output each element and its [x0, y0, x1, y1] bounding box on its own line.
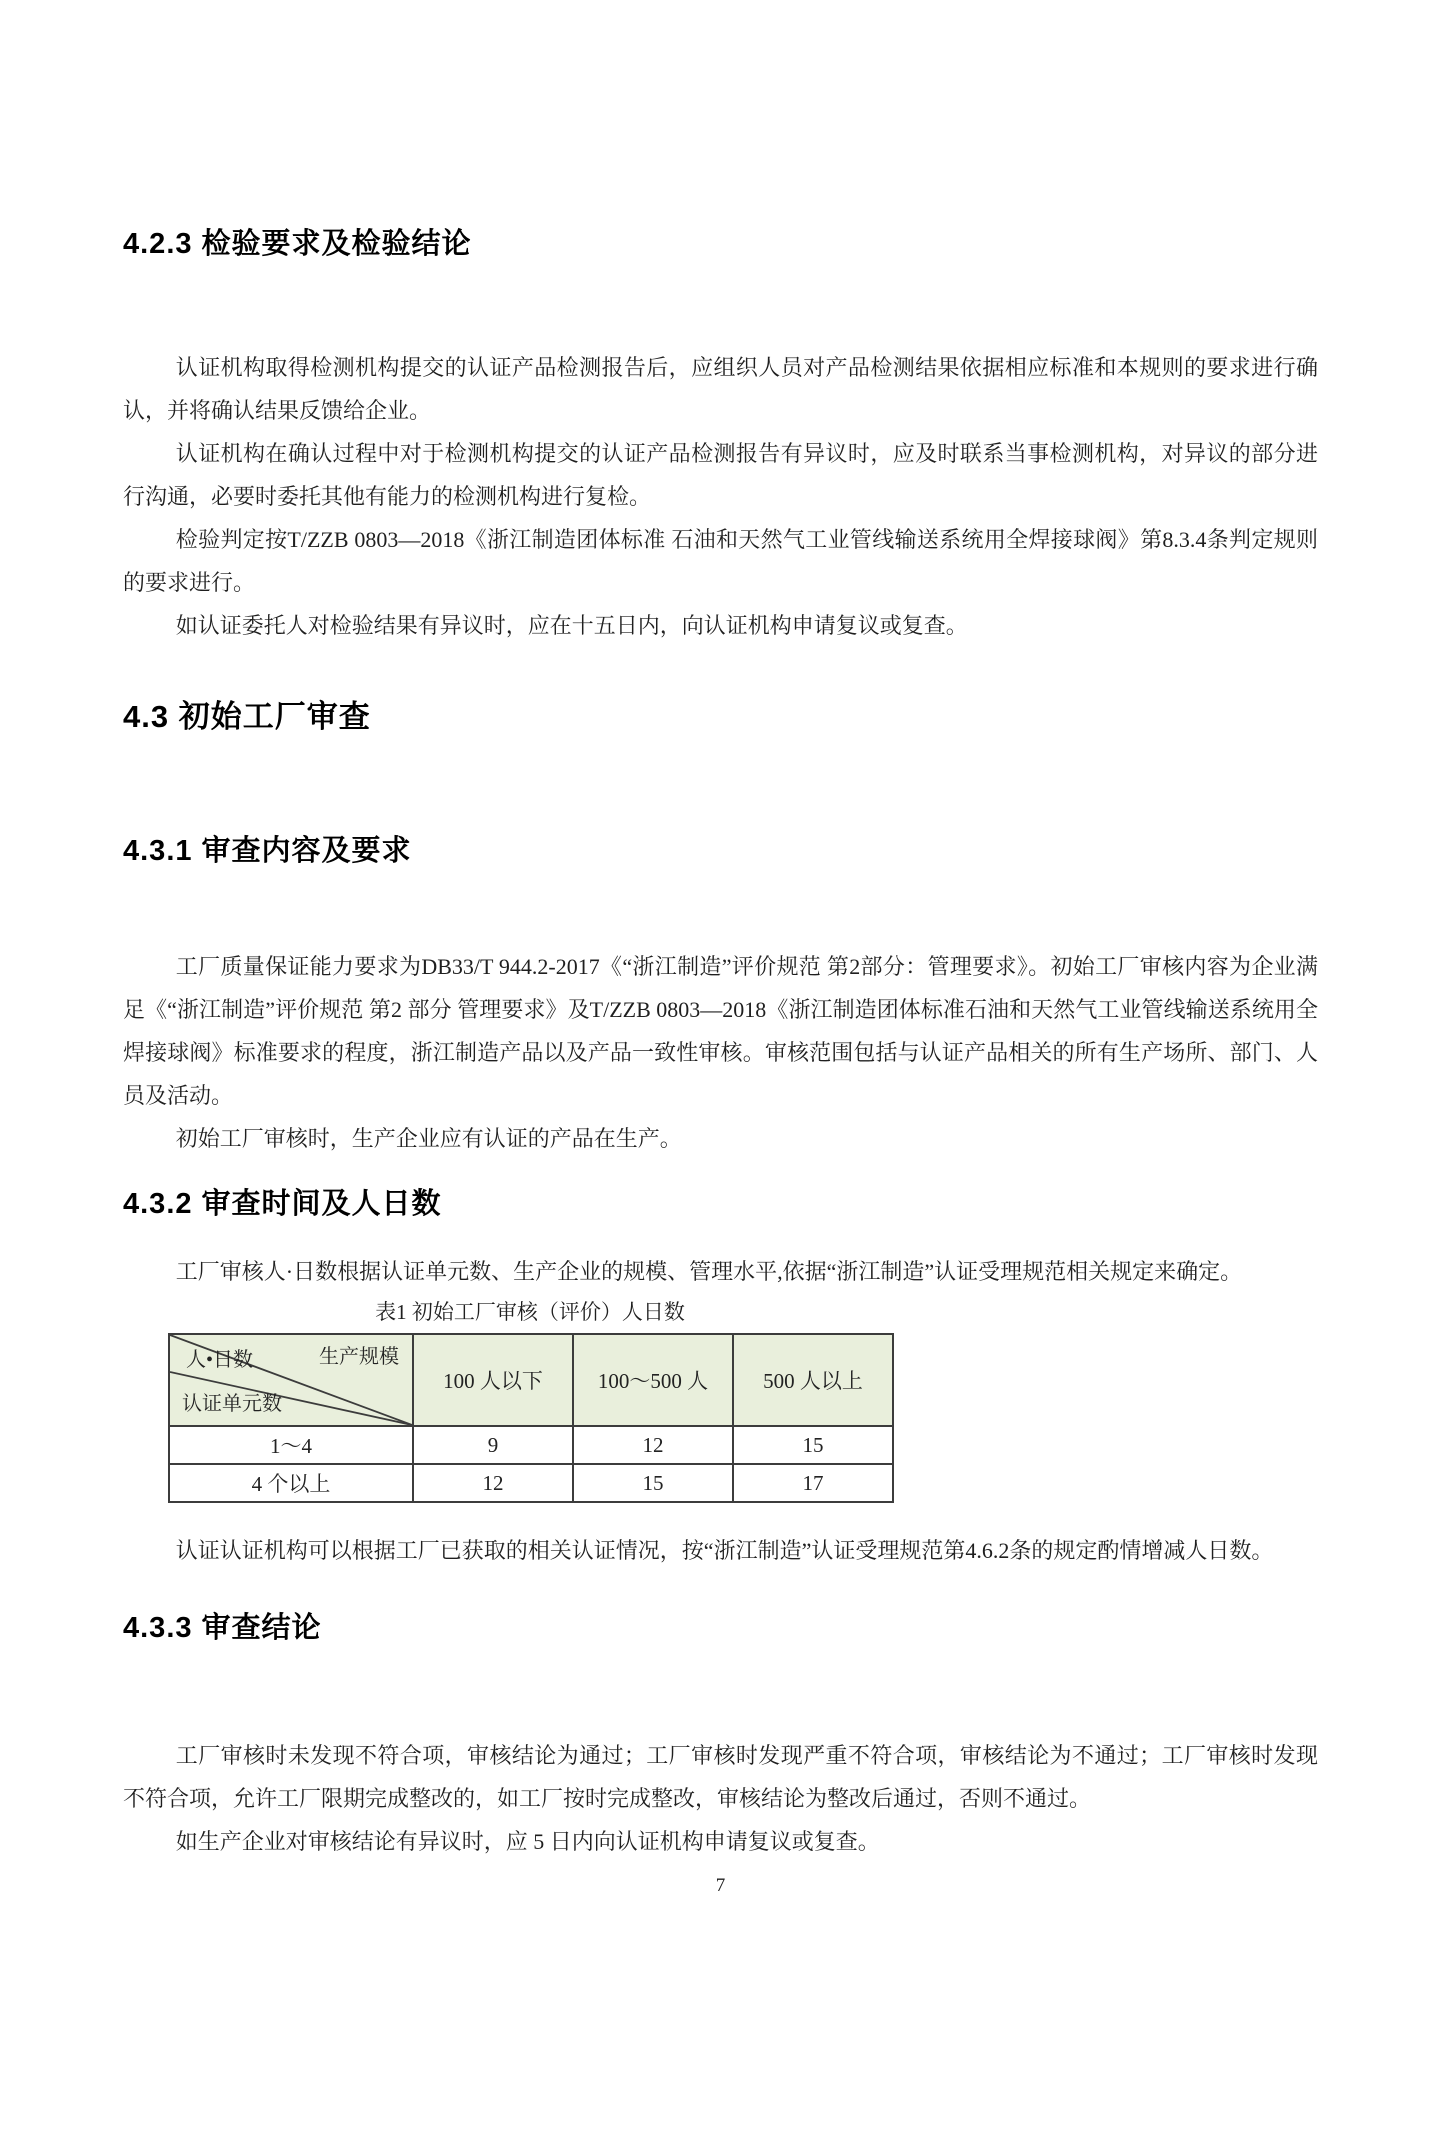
table-1-container: 表1 初始工厂审核（评价）人日数 人•日数: [168, 1297, 892, 1503]
cell-value: 15: [733, 1426, 893, 1464]
cell-value: 9: [413, 1426, 573, 1464]
table-1-col-header-under-100: 100 人以下: [413, 1334, 573, 1426]
paragraph-4-3-3-2: 如生产企业对审核结论有异议时，应 5 日内向认证机构申请复议或复查。: [123, 1820, 1318, 1863]
corner-label-person-days: 人•日数: [186, 1343, 253, 1372]
section-4-3-2: 4.3.2 审查时间及人日数 工厂审核人·日数根据认证单元数、生产企业的规模、管…: [123, 1188, 1318, 1572]
section-4-3-1: 4.3.1 审查内容及要求 工厂质量保证能力要求为DB33/T 944.2-20…: [123, 835, 1318, 1160]
row-label: 1～4: [169, 1426, 413, 1464]
table-1-corner-cell: 人•日数 生产规模 认证单元数: [169, 1334, 413, 1426]
paragraph-4-3-1-2: 初始工厂审核时，生产企业应有认证的产品在生产。: [123, 1117, 1318, 1160]
section-4-3-3: 4.3.3 审查结论 工厂审核时未发现不符合项，审核结论为通过；工厂审核时发现严…: [123, 1612, 1318, 1863]
paragraph-4-2-3-2: 认证机构在确认过程中对于检测机构提交的认证产品检测报告有异议时，应及时联系当事检…: [123, 432, 1318, 518]
table-1-col-header-over-500: 500 人以上: [733, 1334, 893, 1426]
section-heading-4-3: 4.3 初始工厂审查: [123, 701, 1318, 733]
section-heading-4-2-3: 4.2.3 检验要求及检验结论: [123, 228, 1318, 260]
section-4-3: 4.3 初始工厂审查: [123, 701, 1318, 733]
paragraph-4-3-2-2: 认证认证机构可以根据工厂已获取的相关认证情况，按“浙江制造”认证受理规范第4.6…: [123, 1529, 1318, 1572]
page-number: 7: [123, 1875, 1318, 1897]
paragraph-4-2-3-3: 检验判定按T/ZZB 0803—2018《浙江制造团体标准 石油和天然气工业管线…: [123, 518, 1318, 604]
table-1-col-header-100-500: 100～500 人: [573, 1334, 733, 1426]
table-1-header-row: 人•日数 生产规模 认证单元数 100 人以下 100～500 人 500 人以…: [169, 1334, 893, 1426]
table-1-caption: 表1 初始工厂审核（评价）人日数: [168, 1297, 892, 1327]
section-heading-4-3-1: 4.3.1 审查内容及要求: [123, 835, 1318, 867]
cell-value: 12: [413, 1464, 573, 1502]
row-label: 4 个以上: [169, 1464, 413, 1502]
section-4-2-3: 4.2.3 检验要求及检验结论 认证机构取得检测机构提交的认证产品检测报告后，应…: [123, 228, 1318, 647]
paragraph-4-2-3-4: 如认证委托人对检验结果有异议时，应在十五日内，向认证机构申请复议或复查。: [123, 604, 1318, 647]
cell-value: 17: [733, 1464, 893, 1502]
table-1: 人•日数 生产规模 认证单元数 100 人以下 100～500 人 500 人以…: [168, 1333, 894, 1503]
document-page: 4.2.3 检验要求及检验结论 认证机构取得检测机构提交的认证产品检测报告后，应…: [0, 0, 1439, 2152]
paragraph-4-3-1-1: 工厂质量保证能力要求为DB33/T 944.2-2017《“浙江制造”评价规范 …: [123, 945, 1318, 1117]
cell-value: 12: [573, 1426, 733, 1464]
section-heading-4-3-2: 4.3.2 审查时间及人日数: [123, 1188, 1318, 1220]
table-1-row-1-4-units: 1～4 9 12 15: [169, 1426, 893, 1464]
paragraph-4-3-3-1: 工厂审核时未发现不符合项，审核结论为通过；工厂审核时发现严重不符合项，审核结论为…: [123, 1734, 1318, 1820]
cell-value: 15: [573, 1464, 733, 1502]
paragraph-4-3-2-1: 工厂审核人·日数根据认证单元数、生产企业的规模、管理水平,依据“浙江制造”认证受…: [123, 1250, 1318, 1293]
corner-label-certification-units: 认证单元数: [182, 1387, 282, 1416]
table-1-row-over-4-units: 4 个以上 12 15 17: [169, 1464, 893, 1502]
paragraph-4-2-3-1: 认证机构取得检测机构提交的认证产品检测报告后，应组织人员对产品检测结果依据相应标…: [123, 346, 1318, 432]
corner-label-production-scale: 生产规模: [319, 1340, 399, 1369]
section-heading-4-3-3: 4.3.3 审查结论: [123, 1612, 1318, 1644]
